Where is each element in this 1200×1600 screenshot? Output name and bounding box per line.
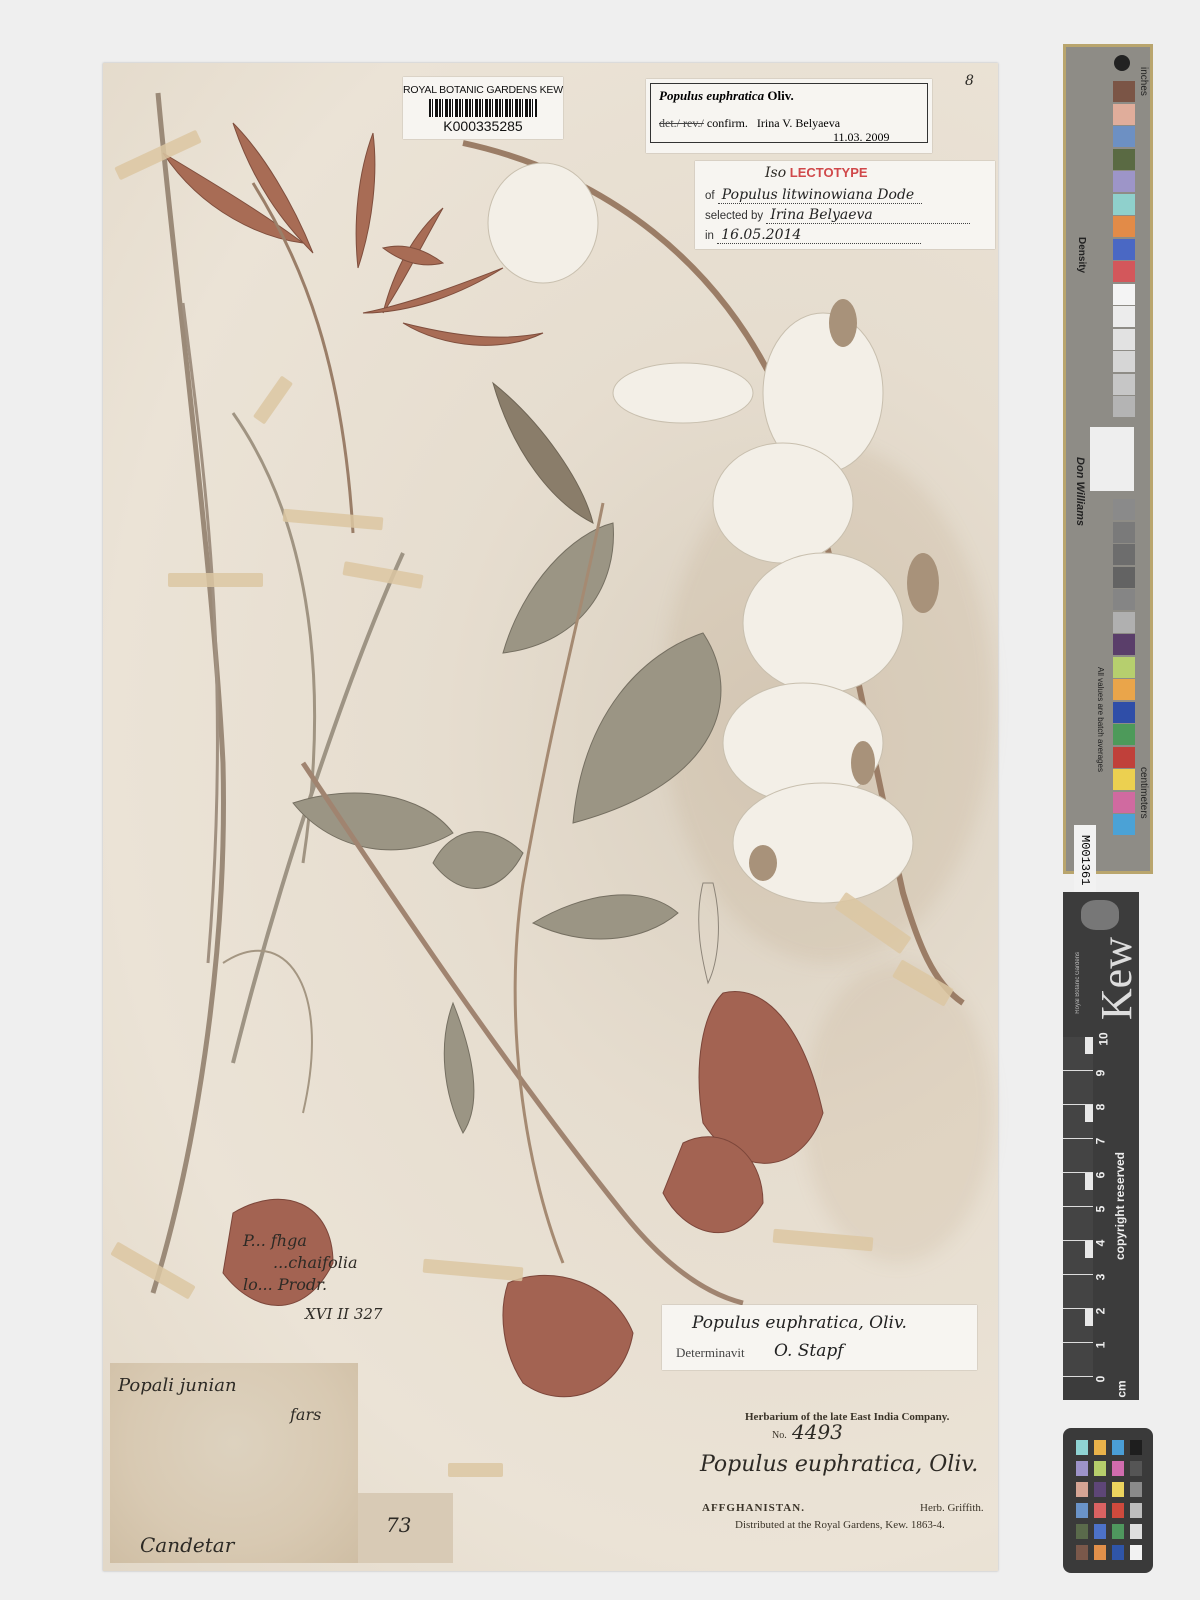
centimeters-label: centimeters: [1138, 767, 1149, 819]
kew-logo-subtitle: Royal Botanic Gardens: [1075, 952, 1081, 1014]
scale-tick: 6: [1093, 1172, 1107, 1179]
taxon-line: Populus euphratica Oliv.: [659, 88, 794, 104]
color-patch: [1113, 612, 1135, 633]
color-patch: [1113, 306, 1135, 327]
country: AFFGHANISTAN.: [702, 1502, 805, 1514]
color-patch: [1113, 329, 1135, 350]
checker-swatch: [1094, 1545, 1106, 1560]
determined-taxon: Populus euphratica, Oliv.: [692, 1313, 907, 1333]
color-patch: [1113, 792, 1135, 813]
checker-swatch: [1076, 1503, 1088, 1518]
checker-swatch: [1130, 1461, 1142, 1476]
basionym-name: Populus litwinowiana Dode: [722, 187, 914, 203]
color-patch: [1113, 814, 1135, 835]
checker-swatch: [1094, 1524, 1106, 1539]
color-patch: [1113, 702, 1135, 723]
checker-swatch: [1094, 1461, 1106, 1476]
confirmation-date: 11.03. 2009: [833, 130, 890, 145]
color-patch: [1113, 216, 1135, 237]
checker-swatch: [1112, 1482, 1124, 1497]
leaf-note: P... fhga ...chaifolia lo... Prodr.: [243, 1230, 358, 1296]
of-label: of: [705, 190, 715, 202]
inches-label: inches: [1138, 67, 1149, 96]
checker-swatch: [1130, 1482, 1142, 1497]
color-patch: [1113, 396, 1135, 417]
checker-swatch: [1094, 1440, 1106, 1455]
color-patch: [1113, 261, 1135, 282]
type-status-label: Iso LECTOTYPE of Populus litwinowiana Do…: [695, 161, 995, 249]
scale-cell-alt: [1085, 1309, 1093, 1326]
color-patch: [1113, 634, 1135, 655]
printed-label-taxon: Populus euphratica, Oliv.: [700, 1452, 978, 1477]
color-patch: [1113, 589, 1135, 610]
checker-swatch: [1094, 1503, 1106, 1518]
color-patch: [1113, 126, 1135, 147]
maker-label: Don Williams: [1074, 457, 1086, 526]
scale-tick: 7: [1093, 1138, 1107, 1145]
determiner: O. Stapf: [774, 1341, 844, 1361]
color-patch: [1113, 284, 1135, 305]
strip-note: All values are batch averages: [1096, 667, 1105, 772]
color-patch: [1113, 769, 1135, 790]
old-label-locality: Candetar: [140, 1533, 234, 1557]
barcode-label: ROYAL BOTANIC GARDENS KEW K000335285: [403, 77, 563, 139]
checker-swatch: [1076, 1440, 1088, 1455]
checker-swatch: [1076, 1482, 1088, 1497]
note-line: lo... Prodr.: [243, 1274, 358, 1296]
scale-tick: 4: [1093, 1240, 1107, 1247]
color-checker: [1063, 1428, 1153, 1573]
copyright-label: copyright reserved: [1113, 1152, 1127, 1260]
sheet-corner-mark: 8: [965, 73, 974, 89]
in-label: in: [705, 230, 714, 242]
kew-crest-icon: [1081, 900, 1119, 930]
checker-swatch: [1076, 1461, 1088, 1476]
color-density-strip: Density inches centimeters Don Williams …: [1063, 44, 1153, 874]
herbarium-header: Herbarium of the late East India Company…: [745, 1411, 949, 1423]
det-line: det./ rev./ confirm. Irina V. Belyaeva: [659, 116, 840, 131]
color-patch: [1113, 149, 1135, 170]
mounting-tape: [168, 573, 263, 587]
color-patch: [1113, 567, 1135, 588]
checker-swatch: [1112, 1461, 1124, 1476]
barcode: [429, 99, 537, 117]
mounting-tape: [448, 1463, 503, 1477]
checker-swatch: [1112, 1524, 1124, 1539]
scale-cell-alt: [1085, 1343, 1093, 1360]
color-patch: [1113, 724, 1135, 745]
scale-tick: 3: [1093, 1274, 1107, 1281]
gray-target: [1090, 427, 1134, 491]
color-patch: [1113, 679, 1135, 700]
checker-swatch: [1112, 1503, 1124, 1518]
selected-by-value: Irina Belyaeva: [770, 207, 872, 223]
struck-det-rev: det./ rev./: [659, 116, 704, 130]
institution-name: ROYAL BOTANIC GARDENS KEW: [403, 84, 563, 96]
taxon-name: Populus euphratica: [659, 88, 764, 103]
checker-swatch: [1112, 1440, 1124, 1455]
collector: Herb. Griffith.: [920, 1502, 984, 1514]
checker-swatch: [1130, 1503, 1142, 1518]
checker-swatch: [1112, 1545, 1124, 1560]
scale-cell-alt: [1085, 1173, 1093, 1190]
note-line: P... fhga: [243, 1230, 358, 1252]
scale-cells: [1063, 1037, 1093, 1397]
checker-swatch: [1130, 1524, 1142, 1539]
unit-label: cm: [1115, 1380, 1129, 1397]
color-patch: [1113, 657, 1135, 678]
color-patch: [1113, 81, 1135, 102]
selected-by-label: selected by: [705, 210, 763, 222]
old-number-label: 73: [358, 1493, 453, 1563]
color-patch: [1113, 351, 1135, 372]
roman-date-note: XVI II 327: [305, 1305, 382, 1323]
confirmed-by: Irina V. Belyaeva: [757, 116, 840, 130]
scale-cell-alt: [1085, 1241, 1093, 1258]
strip-hole: [1114, 55, 1130, 71]
type-status: LECTOTYPE: [790, 165, 868, 180]
type-prefix: Iso: [765, 165, 786, 181]
density-label: Density: [1076, 237, 1087, 273]
scale-cell-alt: [1085, 1037, 1093, 1054]
scale-tick: 9: [1093, 1070, 1107, 1077]
scale-tick: 0: [1093, 1376, 1107, 1383]
color-patch: [1113, 374, 1135, 395]
scale-cell-alt: [1085, 1275, 1093, 1292]
scale-cell-alt: [1085, 1105, 1093, 1122]
note-line: ...chaifolia: [243, 1252, 358, 1274]
checker-swatch: [1130, 1440, 1142, 1455]
old-label-line: fars: [290, 1405, 321, 1424]
scale-tick: 10: [1097, 1032, 1111, 1045]
old-collector-label: Popali junian fars Candetar: [110, 1363, 358, 1563]
color-patch: [1113, 522, 1135, 543]
checker-swatch: [1076, 1545, 1088, 1560]
barcode-number: K000335285: [403, 118, 563, 134]
determination-label: Populus euphratica, Oliv. Determinavit O…: [662, 1305, 977, 1370]
number-label: No.: [772, 1430, 787, 1441]
color-patch: [1113, 171, 1135, 192]
checker-swatch: [1076, 1524, 1088, 1539]
selection-date: 16.05.2014: [721, 227, 801, 243]
checker-swatch: [1130, 1545, 1142, 1560]
taxon-author: Oliv.: [767, 88, 793, 103]
color-patch: [1113, 194, 1135, 215]
collection-number: 4493: [792, 1420, 843, 1444]
color-patch: [1113, 544, 1135, 565]
color-patch: [1113, 104, 1135, 125]
scale-tick: 2: [1093, 1308, 1107, 1315]
old-label-line: Popali junian: [118, 1375, 237, 1396]
distribution-line: Distributed at the Royal Gardens, Kew. 1…: [735, 1519, 945, 1531]
old-number: 73: [386, 1513, 411, 1537]
color-patch: [1113, 747, 1135, 768]
scale-tick: 1: [1093, 1342, 1107, 1349]
scale-tick: 5: [1093, 1206, 1107, 1213]
scale-cell-alt: [1085, 1207, 1093, 1224]
confirm-action: confirm.: [707, 116, 748, 130]
scale-cell-alt: [1085, 1071, 1093, 1088]
checker-swatch: [1094, 1482, 1106, 1497]
scale-tick: 8: [1093, 1104, 1107, 1111]
color-patch: [1113, 239, 1135, 260]
color-patch: [1113, 499, 1135, 520]
scale-cell-alt: [1085, 1139, 1093, 1156]
confirmation-label: Populus euphratica Oliv. det./ rev./ con…: [646, 79, 932, 153]
strip-id: M001361: [1074, 825, 1096, 895]
kew-logo: Kew: [1091, 937, 1142, 1020]
kew-scale-bar: Kew Royal Botanic Gardens 109876543210 c…: [1063, 892, 1139, 1400]
determinavit-label: Determinavit: [676, 1345, 745, 1361]
